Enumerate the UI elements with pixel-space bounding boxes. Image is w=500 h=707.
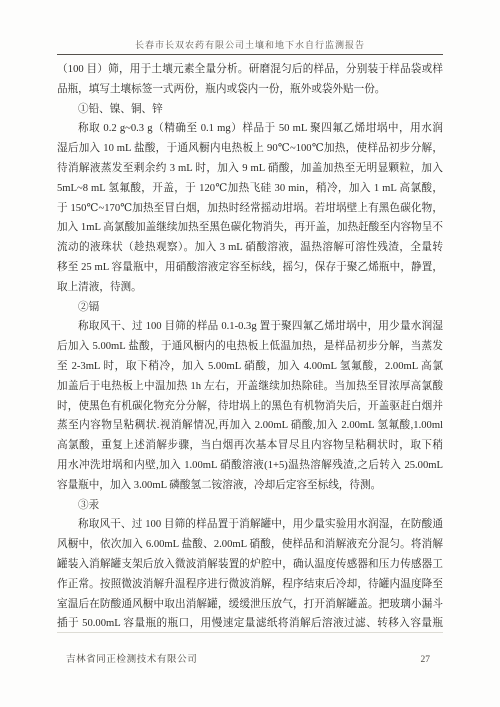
text-line: ②镉 bbox=[57, 298, 443, 318]
text-line: 称取风干、过 100 目筛的样品 0.1-0.3g 置于聚四氟乙烯坩埚中，用少量… bbox=[57, 317, 443, 337]
text-line: 5mL~8 mL 氢氟酸，开盖，于 120℃加热飞硅 30 min，稍冷，加入 … bbox=[57, 179, 443, 199]
text-line: 后加入 5.00mL 盐酸，于通风橱内的电热板上低温加热，是样品初步分解，当蒸发 bbox=[57, 337, 443, 357]
text-line: 称取 0.2 g~0.3 g（精确至 0.1 mg）样品于 50 mL 聚四氟乙… bbox=[57, 119, 443, 139]
text-line: 待消解液蒸发至剩余约 3 mL 时，加入 9 mL 硝酸，加盖加热至无明显颗粒，… bbox=[57, 159, 443, 179]
text-line: 加入 1mL 高氯酸加盖继续加热至黑色碳化物消失，再开盖，加热赶酸至内容物呈不 bbox=[57, 218, 443, 238]
footer-company: 吉林省同正检测技术有限公司 bbox=[66, 651, 197, 665]
text-line: 加盖后于电热板上中温加热 1h 左右，开盖继续加热除硅。当加热至冒浓厚高氯酸 bbox=[57, 377, 443, 397]
body-lines: （100 目）筛，用于土壤元素全量分析。研磨混匀后的样品，分别装于样品袋或样品瓶… bbox=[57, 60, 443, 634]
text-line: 品瓶，填写土壤标签一式两份，瓶内或袋内一份，瓶外或袋外贴一份。 bbox=[57, 80, 443, 100]
text-line: 湿后加入 10 mL 盐酸，于通风橱内电热板上 90℃~100℃加热，使样品初步… bbox=[57, 139, 443, 159]
text-line: 称取风干、过 100 目筛的样品置于消解罐中，用少量实验用水润湿，在防酸通 bbox=[57, 515, 443, 535]
footer-rule bbox=[57, 632, 443, 633]
text-line: 风橱中，依次加入 6.00mL 盐酸、2.00mL 硝酸，使样品和消解液充分混匀… bbox=[57, 535, 443, 555]
text-line: 蒸至内容物呈粘稠状.视消解情况,再加入 2.00mL 硝酸,加入 2.00mL … bbox=[57, 416, 443, 436]
text-line: 至 2-3mL 时，取下稍冷，加入 5.00mL 硝酸，加入 4.00mL 氢氟… bbox=[57, 357, 443, 377]
page-footer: 吉林省同正检测技术有限公司 27 bbox=[66, 651, 430, 665]
text-line: 作正常。按照微波消解升温程序进行微波消解，程序结束后冷却，待罐内温度降至 bbox=[57, 575, 443, 595]
text-line: 时，使黑色有机碳化物充分分解，待坩埚上的黑色有机物消失后，开盖驱赶白烟并 bbox=[57, 397, 443, 417]
text-line: （100 目）筛，用于土壤元素全量分析。研磨混匀后的样品，分别装于样品袋或样 bbox=[57, 60, 443, 80]
document-page: 长春市长双农药有限公司土壤和地下水自行监测报告 （100 目）筛，用于土壤元素全… bbox=[0, 0, 500, 707]
text-line: 用水冲洗坩埚和内壁,加入 1.00mL 硝酸溶液(1+5)温热溶解残渣,之后转入… bbox=[57, 456, 443, 476]
header-rule bbox=[57, 54, 443, 55]
text-line: ③汞 bbox=[57, 496, 443, 516]
text-line: 流动的液珠状（趁热观察）。加入 3 mL 硝酸溶液，温热溶解可溶性残渣，全量转 bbox=[57, 238, 443, 258]
text-line: ①铅、镍、铜、锌 bbox=[57, 100, 443, 120]
text-line: 移至 25 mL 容量瓶中，用硝酸溶液定容至标线，摇匀，保存于聚乙烯瓶中，静置， bbox=[57, 258, 443, 278]
text-line: 容量瓶中，加入 3.00mL 磷酸氢二铵溶液，冷却后定容至标线，待测。 bbox=[57, 476, 443, 496]
footer-page-number: 27 bbox=[421, 655, 431, 665]
text-line: 高氯酸，重复上述消解步骤，当白烟再次基本冒尽且内容物呈粘稠状时，取下稍冷， bbox=[57, 436, 443, 456]
text-line: 取上清液，待测。 bbox=[57, 278, 443, 298]
text-line: 罐装入消解罐支架后放入微波消解装置的炉腔中，确认温度传感器和压力传感器工 bbox=[57, 555, 443, 575]
page-header-title: 长春市长双农药有限公司土壤和地下水自行监测报告 bbox=[57, 38, 443, 51]
text-line: 于 150℃~170℃加热至冒白烟，加热时经常摇动坩埚。若坩埚壁上有黑色碳化物， bbox=[57, 199, 443, 219]
text-line: 室温后在防酸通风橱中取出消解罐，缓缓泄压放气，打开消解罐盖。把玻璃小漏斗 bbox=[57, 595, 443, 615]
